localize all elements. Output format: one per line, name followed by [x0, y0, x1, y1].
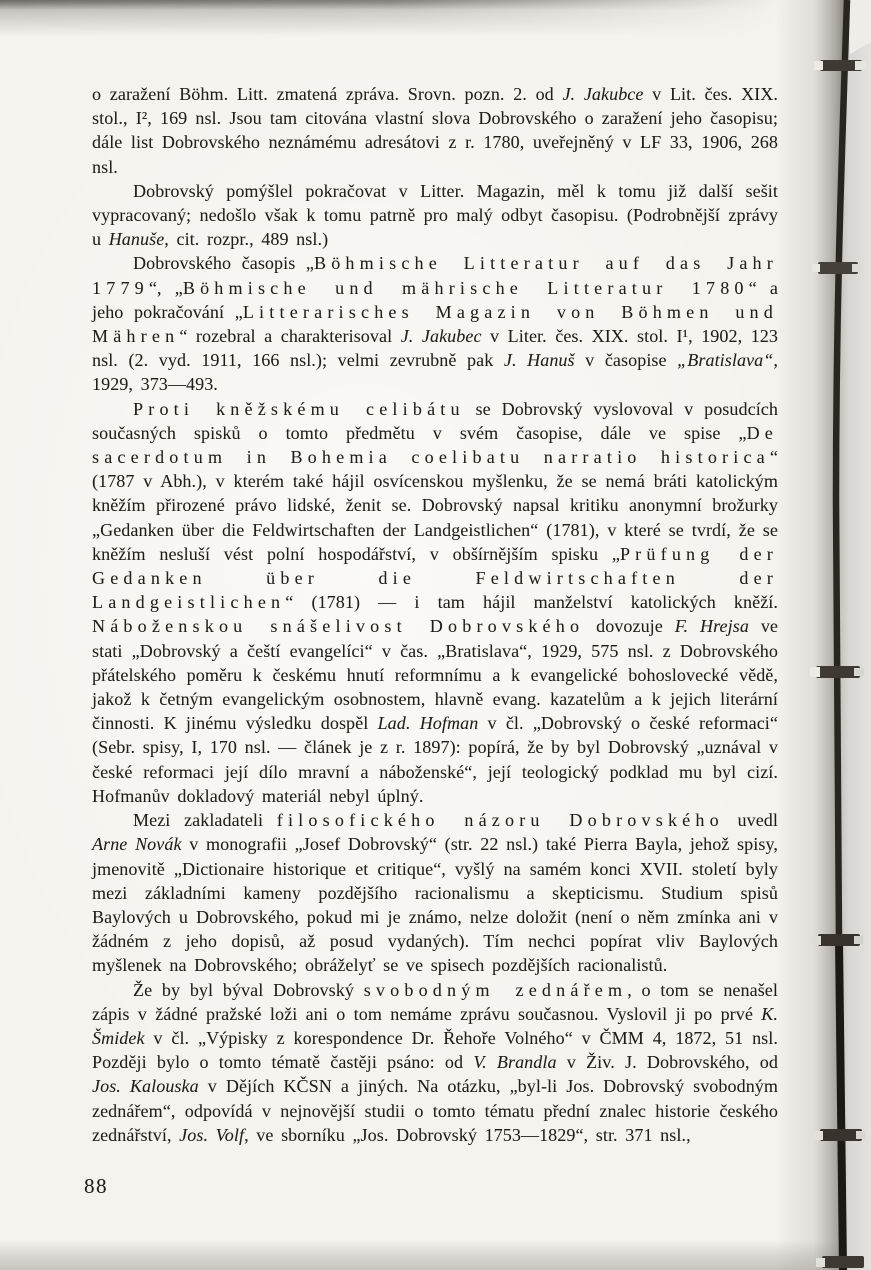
page-number: 88: [84, 1174, 108, 1199]
stitch-thread: [810, 666, 864, 678]
text-segment: J. Jakubce: [562, 84, 643, 104]
paragraph: Že by byl býval Dobrovský svobodným zedn…: [92, 978, 778, 1147]
text-segment: Že by byl býval Dobrovský: [133, 980, 364, 1000]
text-segment: J. Hanuš: [504, 350, 575, 370]
text-segment: Böhmische und mährische Litteratur 1780: [183, 278, 749, 298]
text-segment: svobodným zednářem: [364, 980, 628, 1000]
text-segment: Lad. Hofman: [378, 713, 479, 733]
scanned-book-page: o zaražení Böhm. Litt. zmatená zpráva. S…: [0, 0, 871, 1270]
binding-crease-line: [836, 0, 847, 1270]
text-segment: o zaražení Böhm. Litt. zmatená zpráva. S…: [92, 84, 562, 104]
text-segment: Dobrovského časopis „: [133, 253, 314, 273]
text-segment: filosofického názoru Dobrovského: [277, 810, 724, 830]
page-text: o zaražení Böhm. Litt. zmatená zpráva. S…: [92, 82, 778, 1147]
text-segment: “ rozebral a charakterisoval: [179, 326, 400, 346]
text-segment: Arne Novák: [92, 834, 182, 854]
paragraph: Mezi zakladateli filosofického názoru Do…: [92, 808, 778, 977]
text-segment: , ve sborníku „Jos. Dobrovský 1753—1829“…: [244, 1125, 691, 1145]
text-segment: Hanuše: [109, 229, 165, 249]
paragraph: Dobrovského časopis „Böhmische Litteratu…: [92, 251, 778, 396]
text-segment: v časopise: [575, 350, 678, 370]
stitch-thread: [816, 1256, 864, 1268]
text-segment: dovozuje: [584, 616, 675, 636]
text-segment: “ (1781) — i tam hájil manželství katoli…: [285, 592, 778, 612]
adjacent-page-edge: [836, 0, 871, 1270]
text-segment: Proti kněžskému celibátu: [133, 399, 465, 419]
gutter-shadow: [776, 0, 844, 1270]
book-binding: [776, 0, 871, 1270]
text-segment: v monografii „Josef Dobrovský“ (str. 22 …: [92, 834, 778, 975]
scan-top-edge-shadow: [0, 0, 871, 36]
stitch-thread: [814, 1129, 865, 1141]
stitch-thread: [812, 262, 862, 274]
text-segment: v Živ. J. Dobrovského, od: [557, 1052, 778, 1072]
scan-bottom-edge-shadow: [0, 1240, 871, 1270]
text-segment: J. Jakubec: [401, 326, 482, 346]
text-segment: uvedl: [724, 810, 778, 830]
text-segment: V. Brandla: [473, 1052, 556, 1072]
text-segment: Náboženskou snášelivost Dobrovského: [92, 616, 584, 636]
binding-crease-line-lower: [839, 940, 843, 1270]
stitch-thread: [814, 60, 866, 71]
paragraph: Proti kněžskému celibátu se Dobrovský vy…: [92, 397, 778, 808]
page-corner-highlight: [847, 0, 871, 54]
text-segment: F. Hrejsa: [675, 616, 749, 636]
paragraph: Dobrovský pomýšlel pokračovat v Litter. …: [92, 179, 778, 252]
text-segment: Mezi zakladateli: [133, 810, 277, 830]
text-segment: “, „: [149, 278, 183, 298]
text-segment: Jos. Kalouska: [92, 1076, 199, 1096]
text-segment: Jos. Volf: [179, 1125, 244, 1145]
text-segment: , cit. rozpr., 489 nsl.): [164, 229, 328, 249]
stitch-thread: [812, 934, 863, 946]
text-segment: „Bratislava“: [677, 350, 773, 370]
paragraph: o zaražení Böhm. Litt. zmatená zpráva. S…: [92, 82, 778, 179]
